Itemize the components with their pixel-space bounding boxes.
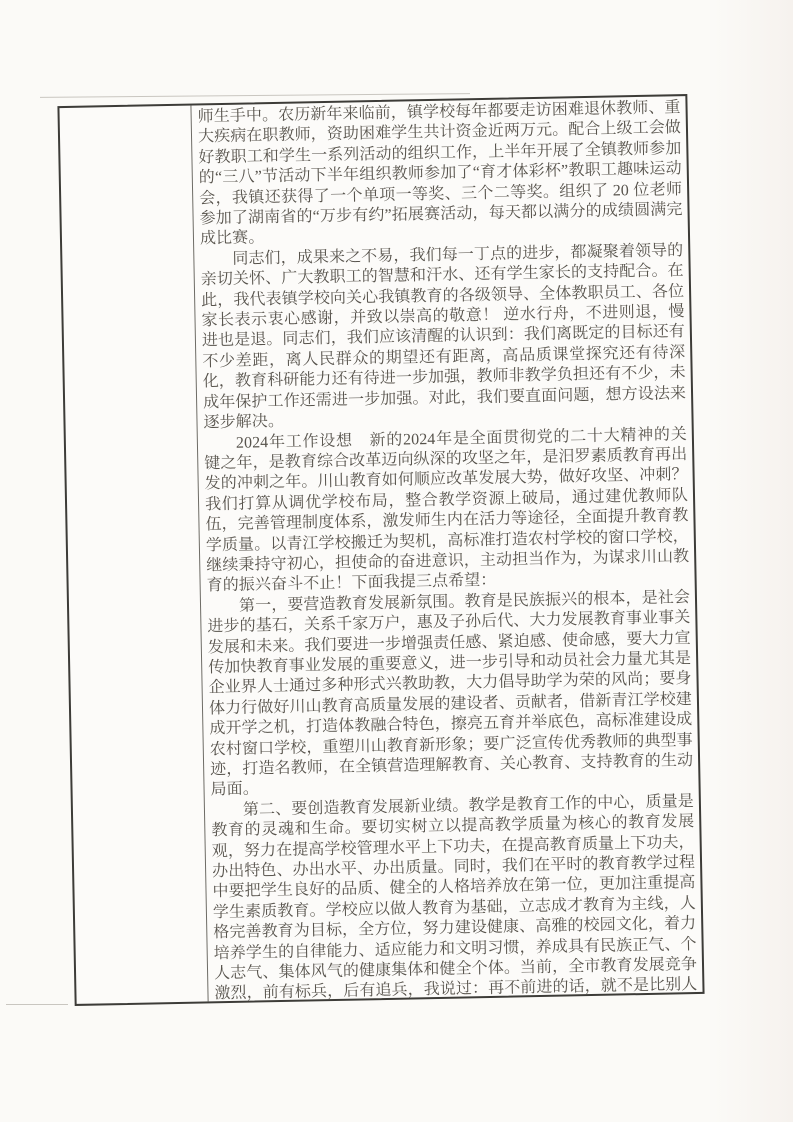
document-sheet: 师生手中。农历新年来临前，镇学校每年都要走访困难退休教师、重大疾病在职教师，资助… — [0, 0, 793, 1122]
scanned-document-page: { "page": { "paper_color": "#fbfaf7", "i… — [0, 0, 793, 1122]
paragraph-hope-two: 第二、要创造教育发展新业绩。教学是教育工作的中心，质量是教育的灵魂和生命。要切实… — [211, 792, 699, 1002]
scan-artifact-line-bottom — [6, 1004, 68, 1005]
paragraph-hope-one: 第一，要营造教育发展新氛围。教育是民族振兴的根本，是社会进步的基石，关系千家万户… — [207, 588, 694, 801]
paragraph-thanks-and-gaps: 同志们，成果来之不易，我们每一丁点的进步，都凝聚着领导的亲切关怀、广大教职工的智… — [200, 241, 686, 434]
table-left-column — [59, 106, 208, 1004]
paragraph-continued-from-previous-page: 师生手中。农历新年来临前，镇学校每年都要走访困难退休教师、重大疾病在职教师，资助… — [197, 98, 683, 250]
table-text-column: 师生手中。农历新年来临前，镇学校每年都要走访困难退休教师、重大疾病在职教师，资助… — [191, 96, 702, 1001]
paragraph-2024-work-plan: 2024年工作设想 新的2024年是全面贯彻党的二十大精神的关键之年，是教育综合… — [204, 425, 690, 597]
scan-artifact-line-top — [40, 93, 470, 98]
document-table: 师生手中。农历新年来临前，镇学校每年都要走访困难退休教师、重大疾病在职教师，资助… — [57, 94, 704, 1006]
